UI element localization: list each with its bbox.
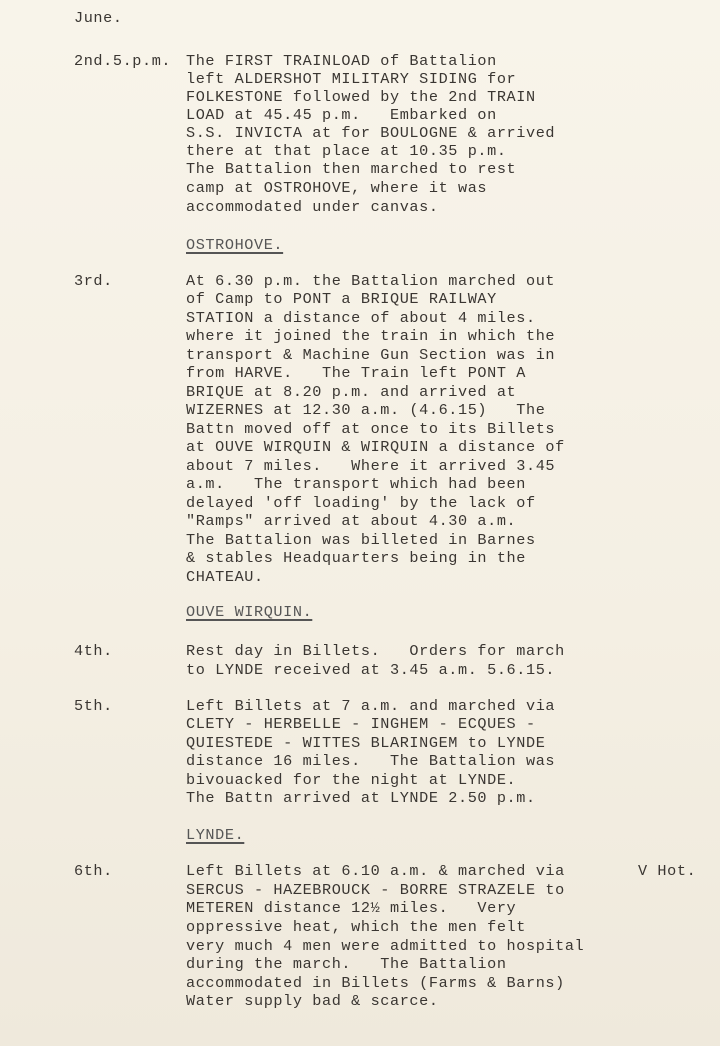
location-heading: OUVE WIRQUIN. bbox=[186, 603, 312, 621]
margin-note: V Hot. bbox=[638, 862, 696, 880]
location-heading: LYNDE. bbox=[186, 826, 244, 844]
entry-line: Battn moved off at once to its Billets bbox=[186, 420, 555, 438]
month-label: June. bbox=[74, 9, 123, 27]
entry-line: FOLKESTONE followed by the 2nd TRAIN bbox=[186, 88, 536, 106]
entry-line: Left Billets at 7 a.m. and marched via bbox=[186, 697, 555, 715]
location-heading: OSTROHOVE. bbox=[186, 236, 283, 254]
entry-line: about 7 miles. Where it arrived 3.45 bbox=[186, 457, 555, 475]
entry-line: from HARVE. The Train left PONT A bbox=[186, 364, 526, 382]
entry-date: 4th. bbox=[74, 642, 113, 660]
entry-line: delayed 'off loading' by the lack of bbox=[186, 494, 536, 512]
entry-line: during the march. The Battalion bbox=[186, 955, 507, 973]
entry-line: camp at OSTROHOVE, where it was bbox=[186, 179, 487, 197]
entry-date: 6th. bbox=[74, 862, 113, 880]
entry-line: & stables Headquarters being in the bbox=[186, 549, 526, 567]
entry-date: 5th. bbox=[74, 697, 113, 715]
entry-line: left ALDERSHOT MILITARY SIDING for bbox=[186, 70, 516, 88]
entry-line: CLETY - HERBELLE - INGHEM - ECQUES - bbox=[186, 715, 536, 733]
entry-line: Water supply bad & scarce. bbox=[186, 992, 439, 1010]
entry-line: very much 4 men were admitted to hospita… bbox=[186, 937, 584, 955]
entry-date: 2nd.5.p.m. bbox=[74, 52, 171, 70]
entry-line: where it joined the train in which the bbox=[186, 327, 555, 345]
entry-line: accommodated in Billets (Farms & Barns) bbox=[186, 974, 565, 992]
entry-line: BRIQUE at 8.20 p.m. and arrived at bbox=[186, 383, 516, 401]
entry-line: At 6.30 p.m. the Battalion marched out bbox=[186, 272, 555, 290]
entry-line: CHATEAU. bbox=[186, 568, 264, 586]
typed-page: June. 2nd.5.p.m. The FIRST TRAINLOAD of … bbox=[0, 0, 720, 1046]
entry-line: oppressive heat, which the men felt bbox=[186, 918, 526, 936]
entry-line: The Battn arrived at LYNDE 2.50 p.m. bbox=[186, 789, 536, 807]
entry-line: The FIRST TRAINLOAD of Battalion bbox=[186, 52, 497, 70]
entry-line: LOAD at 45.45 p.m. Embarked on bbox=[186, 106, 497, 124]
entry-line: The Battalion was billeted in Barnes bbox=[186, 531, 536, 549]
entry-line: "Ramps" arrived at about 4.30 a.m. bbox=[186, 512, 516, 530]
entry-line: WIZERNES at 12.30 a.m. (4.6.15) The bbox=[186, 401, 545, 419]
entry-line: S.S. INVICTA at for BOULOGNE & arrived bbox=[186, 124, 555, 142]
entry-line: METEREN distance 12½ miles. Very bbox=[186, 899, 516, 917]
entry-line: The Battalion then marched to rest bbox=[186, 160, 516, 178]
entry-line: a.m. The transport which had been bbox=[186, 475, 526, 493]
entry-line: bivouacked for the night at LYNDE. bbox=[186, 771, 516, 789]
entry-line: to LYNDE received at 3.45 a.m. 5.6.15. bbox=[186, 661, 555, 679]
entry-line: of Camp to PONT a BRIQUE RAILWAY bbox=[186, 290, 497, 308]
entry-line: STATION a distance of about 4 miles. bbox=[186, 309, 536, 327]
entry-line: distance 16 miles. The Battalion was bbox=[186, 752, 555, 770]
entry-line: Left Billets at 6.10 a.m. & marched via bbox=[186, 862, 565, 880]
entry-line: accommodated under canvas. bbox=[186, 198, 439, 216]
entry-line: transport & Machine Gun Section was in bbox=[186, 346, 555, 364]
entry-line: Rest day in Billets. Orders for march bbox=[186, 642, 565, 660]
entry-line: QUIESTEDE - WITTES BLARINGEM to LYNDE bbox=[186, 734, 545, 752]
entry-line: at OUVE WIRQUIN & WIRQUIN a distance of bbox=[186, 438, 565, 456]
entry-line: SERCUS - HAZEBROUCK - BORRE STRAZELE to bbox=[186, 881, 565, 899]
entry-date: 3rd. bbox=[74, 272, 113, 290]
entry-line: there at that place at 10.35 p.m. bbox=[186, 142, 507, 160]
